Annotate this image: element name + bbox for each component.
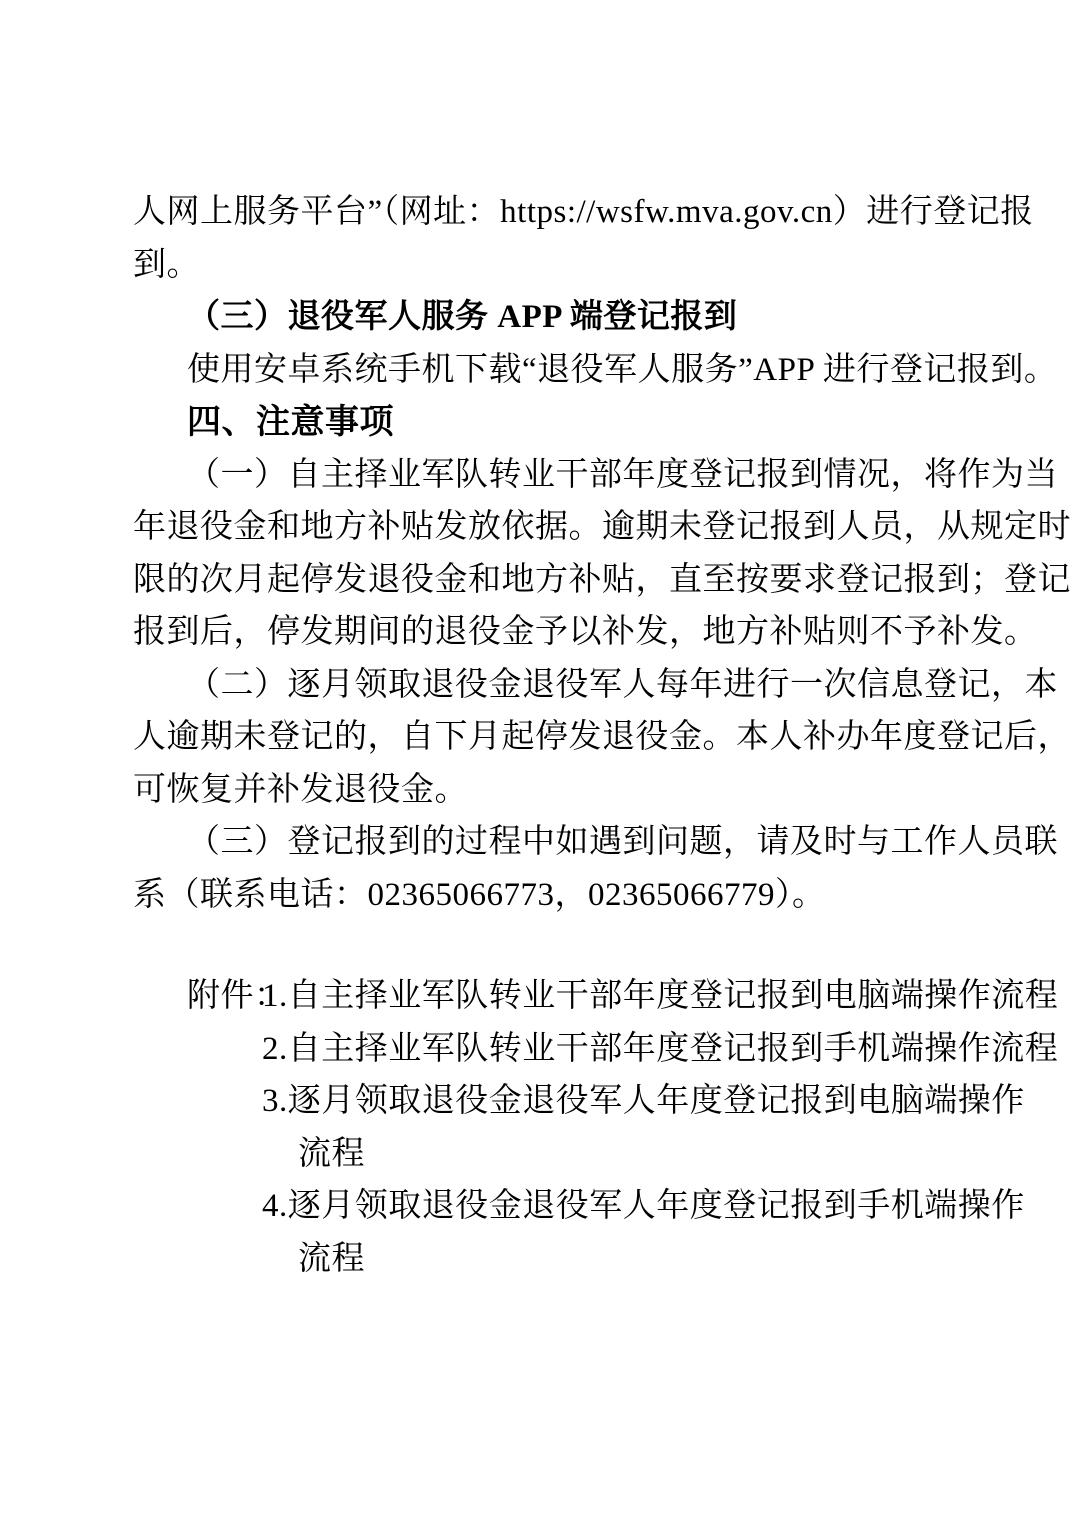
- heading-notes: 四、注意事项: [133, 396, 948, 449]
- note2-line-3: 可恢复并补发退役金。: [133, 764, 948, 817]
- attachment-item-1: 1.自主择业军队转业干部年度登记报到电脑端操作流程: [262, 970, 1058, 1023]
- heading-app-registration: （三）退役军人服务 APP 端登记报到: [133, 291, 948, 344]
- attachment-item-3-wrap: 流程: [262, 1128, 1058, 1181]
- attachments-section: 附件： 1.自主择业军队转业干部年度登记报到电脑端操作流程 2.自主择业军队转业…: [133, 970, 948, 1285]
- document-body: 人网上服务平台”（网址：https://wsfw.mva.gov.cn）进行登记…: [133, 186, 948, 1285]
- attachment-item-2-title: 自主择业军队转业干部年度登记报到手机端操作流程: [288, 1031, 1059, 1067]
- note2-line-2: 人逾期未登记的，自下月起停发退役金。本人补办年度登记后，: [133, 711, 948, 764]
- attachment-item-3-title: 逐月领取退役金退役军人年度登记报到电脑端操作: [288, 1083, 1025, 1119]
- attachment-item-4-wrap: 流程: [262, 1233, 1058, 1286]
- note3-line-1: （三）登记报到的过程中如遇到问题，请及时与工作人员联: [133, 816, 948, 869]
- attachment-item-1-number: 1.: [262, 978, 288, 1014]
- note1-line-1: （一）自主择业军队转业干部年度登记报到情况，将作为当: [133, 449, 948, 502]
- note2-line-1: （二）逐月领取退役金退役军人每年进行一次信息登记，本: [133, 659, 948, 712]
- note1-line-3: 限的次月起停发退役金和地方补贴，直至按要求登记报到；登记: [133, 554, 948, 607]
- attachment-item-4-title: 逐月领取退役金退役军人年度登记报到手机端操作: [288, 1188, 1025, 1224]
- paragraph-app-line: 使用安卓系统手机下载“退役军人服务”APP 进行登记报到。: [133, 344, 948, 397]
- attachment-item-3: 3.逐月领取退役金退役军人年度登记报到电脑端操作: [262, 1075, 1058, 1128]
- paragraph-platform-line-2: 到。: [133, 239, 948, 292]
- attachments-list: 1.自主择业军队转业干部年度登记报到电脑端操作流程 2.自主择业军队转业干部年度…: [262, 970, 1058, 1285]
- note3-line-2: 系（联系电话：02365066773，02365066779）。: [133, 869, 948, 922]
- attachments-label: 附件：: [187, 970, 262, 1023]
- attachment-item-4: 4.逐月领取退役金退役军人年度登记报到手机端操作: [262, 1180, 1058, 1233]
- attachment-item-2: 2.自主择业军队转业干部年度登记报到手机端操作流程: [262, 1023, 1058, 1076]
- attachment-item-2-number: 2.: [262, 1031, 288, 1067]
- note1-line-2: 年退役金和地方补贴发放依据。逾期未登记报到人员，从规定时: [133, 501, 948, 554]
- blank-line-spacer: [133, 921, 948, 970]
- note1-line-4: 报到后，停发期间的退役金予以补发，地方补贴则不予补发。: [133, 606, 948, 659]
- attachment-item-3-number: 3.: [262, 1083, 288, 1119]
- attachment-item-1-title: 自主择业军队转业干部年度登记报到电脑端操作流程: [288, 978, 1059, 1014]
- attachment-item-4-number: 4.: [262, 1188, 288, 1224]
- paragraph-platform-line-1: 人网上服务平台”（网址：https://wsfw.mva.gov.cn）进行登记…: [133, 186, 948, 239]
- document-page: 人网上服务平台”（网址：https://wsfw.mva.gov.cn）进行登记…: [0, 0, 1074, 1520]
